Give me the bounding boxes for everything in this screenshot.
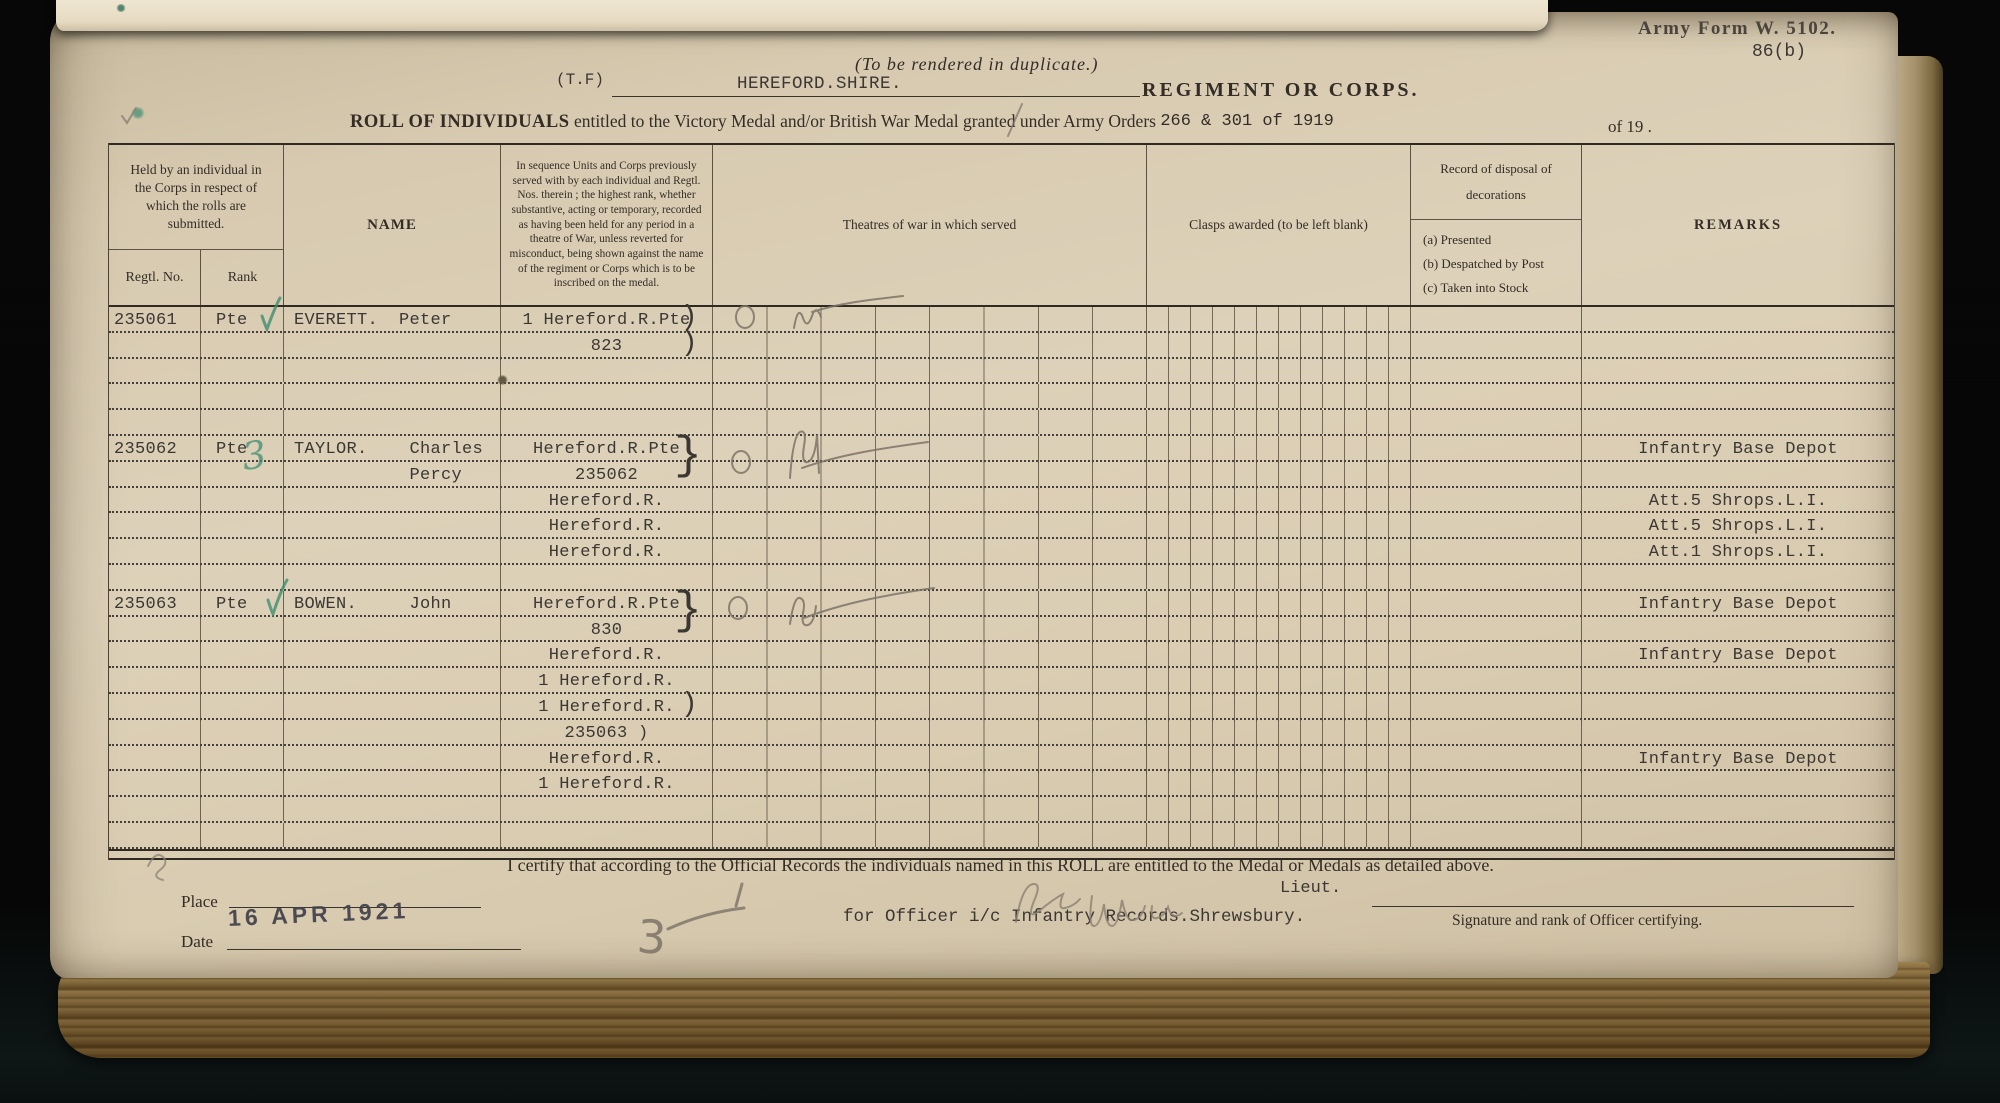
date-label: Date — [181, 932, 213, 952]
unit-text: Hereford.R. — [549, 646, 665, 665]
regtl-no-cell — [109, 797, 201, 821]
clasps-cell — [1147, 617, 1411, 644]
theatres-cell — [713, 746, 1147, 773]
disposal-cell — [1411, 797, 1582, 821]
remarks-cell: Infantry Base Depot — [1582, 436, 1894, 463]
name-cell — [284, 488, 501, 515]
name-cell — [284, 384, 501, 408]
remarks-cell — [1582, 617, 1894, 644]
theatres-cell — [713, 591, 1147, 618]
disposal-cell — [1411, 591, 1582, 618]
units-cell — [501, 823, 713, 847]
disposal-cell — [1411, 668, 1582, 695]
clasps-cell — [1147, 333, 1411, 360]
units-cell: 1 Hereford.R. — [501, 771, 713, 798]
remarks-cell — [1582, 797, 1894, 821]
remarks-cell: Att.5 Shrops.L.I. — [1582, 488, 1894, 515]
units-cell: 823) — [501, 333, 713, 360]
clasps-cell — [1147, 513, 1411, 540]
regtl-no-cell — [109, 694, 201, 721]
disposal-cell — [1411, 539, 1582, 566]
disposal-cell — [1411, 410, 1582, 434]
table-row: Percy 235062 — [109, 462, 1894, 488]
date-stamp: 16 APR 1921 — [227, 897, 409, 932]
rank-typed: Lieut. — [1280, 879, 1341, 898]
table-row: 1 Hereford.R.) — [109, 694, 1894, 720]
theatres-cell — [713, 333, 1147, 360]
rank-cell — [201, 384, 284, 408]
disposal-cell — [1411, 307, 1582, 334]
remarks-cell — [1582, 823, 1894, 847]
table-row: 235062 Pte TAYLOR. Charles Hereford.R.Pt… — [109, 436, 1894, 462]
table-row: 235063 ) — [109, 720, 1894, 746]
theatres-cell — [713, 436, 1147, 463]
unit-text: 1 Hereford.R.Pte — [522, 311, 690, 330]
clasps-cell — [1147, 668, 1411, 695]
table-body: 235061 Pte EVERETT. Peter 1 Hereford.R.P… — [109, 307, 1894, 849]
units-cell: Hereford.R.Pte} — [501, 436, 713, 463]
units-cell: 235063 ) — [501, 720, 713, 747]
name-cell — [284, 333, 501, 360]
regtl-no-cell: 235061 — [109, 307, 201, 334]
table-row — [109, 410, 1894, 436]
disposal-cell — [1411, 436, 1582, 463]
header-disposal-title-2: decorations — [1466, 187, 1526, 203]
table-row — [109, 359, 1894, 385]
table-row — [109, 565, 1894, 591]
name-cell — [284, 668, 501, 695]
units-cell: Hereford.R. — [501, 746, 713, 773]
name-cell: Percy — [284, 462, 501, 489]
table-row: 235061 Pte EVERETT. Peter 1 Hereford.R.P… — [109, 307, 1894, 333]
theatres-cell — [713, 513, 1147, 540]
remarks-cell: Att.5 Shrops.L.I. — [1582, 513, 1894, 540]
unit-text: Hereford.R.Pte — [533, 440, 680, 459]
form-content: Army Form W. 5102. 86(b) (To be rendered… — [0, 0, 2000, 1103]
disposal-cell — [1411, 359, 1582, 383]
page-code: 86(b) — [1752, 42, 1806, 62]
name-cell — [284, 359, 501, 383]
units-cell: Hereford.R. — [501, 513, 713, 540]
table-row — [109, 384, 1894, 410]
regtl-no-cell — [109, 513, 201, 540]
remarks-cell — [1582, 720, 1894, 747]
disposal-cell — [1411, 617, 1582, 644]
ink-stain — [497, 375, 508, 385]
clasps-cell — [1147, 359, 1411, 383]
name-cell — [284, 694, 501, 721]
unit-text: 823 — [591, 337, 623, 356]
clasps-cell — [1147, 384, 1411, 408]
medal-roll-table: Held by an individual in the Corps in re… — [108, 143, 1895, 860]
unit-text: Hereford.R.Pte — [533, 595, 680, 614]
unit-text: 1 Hereford.R. — [538, 672, 675, 691]
regtl-no-cell: 235062 — [109, 436, 201, 463]
theatres-cell — [713, 565, 1147, 589]
table-row: Hereford.R. Infantry Base Depot — [109, 642, 1894, 668]
remarks-cell — [1582, 694, 1894, 721]
brace-mark: } — [674, 591, 702, 631]
clasps-cell — [1147, 410, 1411, 434]
roll-title-prefix: ROLL OF INDIVIDUALS — [350, 112, 570, 132]
remarks-cell — [1582, 771, 1894, 798]
table-row: Hereford.R. Att.5 Shrops.L.I. — [109, 513, 1894, 539]
disposal-cell — [1411, 384, 1582, 408]
name-cell — [284, 513, 501, 540]
theatres-cell — [713, 488, 1147, 515]
remarks-cell — [1582, 462, 1894, 489]
disposal-cell — [1411, 823, 1582, 847]
clasps-cell — [1147, 642, 1411, 669]
roll-title: ROLL OF INDIVIDUALS entitled to the Vict… — [350, 111, 1334, 133]
remarks-cell: Att.1 Shrops.L.I. — [1582, 539, 1894, 566]
theatres-cell — [713, 462, 1147, 489]
theatres-cell — [713, 307, 1147, 334]
rank-cell — [201, 617, 284, 644]
disposal-cell — [1411, 642, 1582, 669]
regtl-no-cell — [109, 565, 201, 589]
remarks-cell: Infantry Base Depot — [1582, 746, 1894, 773]
header-disposal-b: (b) Despatched by Post — [1423, 252, 1577, 276]
regtl-no-cell — [109, 771, 201, 798]
rank-cell — [201, 462, 284, 489]
table-row: Hereford.R. Att.1 Shrops.L.I. — [109, 539, 1894, 565]
disposal-cell — [1411, 462, 1582, 489]
clasps-cell — [1147, 539, 1411, 566]
name-cell: EVERETT. Peter — [284, 307, 501, 334]
regiment-name-typed: HEREFORD.SHIRE. — [737, 74, 902, 94]
name-cell — [284, 797, 501, 821]
rank-cell — [201, 694, 284, 721]
table-row — [109, 797, 1894, 823]
table-row: 1 Hereford.R. — [109, 668, 1894, 694]
rank-cell — [201, 410, 284, 434]
rank-cell — [201, 488, 284, 515]
header-name: NAME — [284, 145, 501, 305]
certification-text: I certify that according to the Official… — [108, 855, 1893, 876]
duplicate-note: (To be rendered in duplicate.) — [855, 54, 1098, 75]
units-cell: Hereford.R. — [501, 488, 713, 515]
clasps-cell — [1147, 307, 1411, 334]
regtl-no-cell — [109, 359, 201, 383]
remarks-cell: Infantry Base Depot — [1582, 591, 1894, 618]
theatres-cell — [713, 539, 1147, 566]
clasps-cell — [1147, 720, 1411, 747]
clasps-cell — [1147, 746, 1411, 773]
clasps-cell — [1147, 488, 1411, 515]
remarks-cell — [1582, 333, 1894, 360]
brace-mark: ) — [681, 304, 698, 331]
brace-mark: ) — [681, 691, 698, 718]
theatres-cell — [713, 617, 1147, 644]
remarks-cell — [1582, 359, 1894, 383]
clasps-cell — [1147, 694, 1411, 721]
clasps-cell — [1147, 436, 1411, 463]
regtl-no-cell — [109, 642, 201, 669]
disposal-cell — [1411, 746, 1582, 773]
unit-text: 1 Hereford.R. — [538, 775, 675, 794]
regtl-no-cell — [109, 823, 201, 847]
regtl-no-cell: 235063 — [109, 591, 201, 618]
units-cell: Hereford.R. — [501, 642, 713, 669]
header-disposal-a: (a) Presented — [1423, 228, 1577, 252]
header-rank: Rank — [201, 250, 284, 305]
table-row: 1 Hereford.R. — [109, 771, 1894, 797]
units-cell — [501, 359, 713, 383]
green-ink-speck-top — [116, 4, 126, 12]
army-orders-typed: 266 & 301 of 1919 — [1160, 112, 1333, 131]
green-ink-spot — [131, 107, 145, 119]
rank-cell — [201, 823, 284, 847]
theatres-cell — [713, 694, 1147, 721]
disposal-cell — [1411, 513, 1582, 540]
of-19-label: of 19 . — [1608, 117, 1652, 137]
clasps-cell — [1147, 823, 1411, 847]
disposal-cell — [1411, 720, 1582, 747]
form-number: Army Form W. 5102. — [1638, 18, 1837, 40]
signature-line — [1372, 906, 1854, 907]
place-label: Place — [181, 892, 218, 912]
name-cell — [284, 771, 501, 798]
rank-cell — [201, 642, 284, 669]
units-cell: Hereford.R. — [501, 539, 713, 566]
theatres-cell — [713, 668, 1147, 695]
rank-cell — [201, 771, 284, 798]
theatres-cell — [713, 642, 1147, 669]
brace-mark: } — [674, 436, 702, 476]
disposal-cell — [1411, 488, 1582, 515]
disposal-cell — [1411, 694, 1582, 721]
rank-cell — [201, 720, 284, 747]
remarks-cell — [1582, 565, 1894, 589]
name-cell — [284, 539, 501, 566]
regiment-or-corps-label: REGIMENT OR CORPS. — [1142, 79, 1420, 102]
table-row: 830 — [109, 617, 1894, 643]
table-header: Held by an individual in the Corps in re… — [109, 143, 1894, 307]
table-row: 823) — [109, 333, 1894, 359]
units-cell — [501, 797, 713, 821]
remarks-cell — [1582, 668, 1894, 695]
unit-text: Hereford.R. — [549, 517, 665, 536]
unit-text: 235063 ) — [564, 724, 648, 743]
table-row — [109, 823, 1894, 849]
theatres-cell — [713, 771, 1147, 798]
disposal-cell — [1411, 565, 1582, 589]
unit-text: Hereford.R. — [549, 543, 665, 562]
remarks-cell — [1582, 410, 1894, 434]
units-cell: 1 Hereford.R.) — [501, 694, 713, 721]
date-blank-line — [227, 949, 521, 950]
units-cell: Hereford.R.Pte} — [501, 591, 713, 618]
name-cell — [284, 746, 501, 773]
regtl-no-cell — [109, 333, 201, 360]
rank-cell: Pte — [201, 307, 284, 334]
header-clasps: Clasps awarded (to be left blank) — [1147, 145, 1411, 305]
regtl-no-cell — [109, 746, 201, 773]
theatres-cell — [713, 823, 1147, 847]
table-row: Hereford.R. Infantry Base Depot — [109, 746, 1894, 772]
name-cell — [284, 823, 501, 847]
unit-text: Hereford.R. — [549, 750, 665, 769]
header-disposal: Record of disposal of decorations (a) Pr… — [1411, 145, 1582, 305]
name-cell — [284, 642, 501, 669]
theatres-cell — [713, 797, 1147, 821]
clasps-cell — [1147, 797, 1411, 821]
rank-cell — [201, 565, 284, 589]
brace-mark: ) — [681, 330, 698, 357]
clasps-cell — [1147, 771, 1411, 798]
remarks-cell — [1582, 307, 1894, 334]
table-row: Hereford.R. Att.5 Shrops.L.I. — [109, 488, 1894, 514]
signature-caption: Signature and rank of Officer certifying… — [1452, 912, 1702, 930]
rank-cell: Pte — [201, 436, 284, 463]
units-cell — [501, 384, 713, 408]
rank-cell: Pte — [201, 591, 284, 618]
header-disposal-title-1: Record of disposal of — [1440, 161, 1552, 177]
rank-cell — [201, 746, 284, 773]
unit-text: Hereford.R. — [549, 492, 665, 511]
name-cell — [284, 720, 501, 747]
rank-cell — [201, 539, 284, 566]
rank-cell — [201, 797, 284, 821]
header-theatres: Theatres of war in which served — [713, 145, 1147, 305]
unit-text: 1 Hereford.R. — [538, 698, 675, 717]
table-row: 235063 Pte BOWEN. John Hereford.R.Pte} I… — [109, 591, 1894, 617]
name-cell: TAYLOR. Charles — [284, 436, 501, 463]
regtl-no-cell — [109, 410, 201, 434]
unit-text: 235062 — [575, 466, 638, 485]
roll-title-rest: entitled to the Victory Medal and/or Bri… — [570, 111, 1161, 131]
header-held-by: Held by an individual in the Corps in re… — [109, 145, 284, 305]
regtl-no-cell — [109, 488, 201, 515]
clasps-cell — [1147, 565, 1411, 589]
remarks-cell — [1582, 384, 1894, 408]
header-held-by-text: Held by an individual in the Corps in re… — [109, 145, 283, 250]
regiment-blank-line — [612, 96, 1140, 97]
theatres-cell — [713, 359, 1147, 383]
clasps-cell — [1147, 591, 1411, 618]
rank-cell — [201, 668, 284, 695]
name-cell — [284, 410, 501, 434]
disposal-cell — [1411, 333, 1582, 360]
regtl-no-cell — [109, 720, 201, 747]
regtl-no-cell — [109, 617, 201, 644]
tf-label: (T.F) — [556, 71, 604, 89]
header-units: In sequence Units and Corps previously s… — [501, 145, 713, 305]
disposal-cell — [1411, 771, 1582, 798]
rank-cell — [201, 359, 284, 383]
theatres-cell — [713, 720, 1147, 747]
regtl-no-cell — [109, 539, 201, 566]
header-regtl-no: Regtl. No. — [109, 250, 201, 305]
regtl-no-cell — [109, 462, 201, 489]
unit-text: 830 — [591, 621, 623, 640]
theatres-cell — [713, 410, 1147, 434]
name-cell — [284, 565, 501, 589]
header-remarks: REMARKS — [1582, 145, 1894, 305]
rank-cell — [201, 513, 284, 540]
header-disposal-c: (c) Taken into Stock — [1423, 276, 1577, 300]
remarks-cell: Infantry Base Depot — [1582, 642, 1894, 669]
rank-cell — [201, 333, 284, 360]
clasps-cell — [1147, 462, 1411, 489]
regtl-no-cell — [109, 668, 201, 695]
regtl-no-cell — [109, 384, 201, 408]
name-cell: BOWEN. John — [284, 591, 501, 618]
theatres-cell — [713, 384, 1147, 408]
for-officer-text: for Officer i/c Infantry Records.Shrewsb… — [843, 907, 1305, 927]
name-cell — [284, 617, 501, 644]
